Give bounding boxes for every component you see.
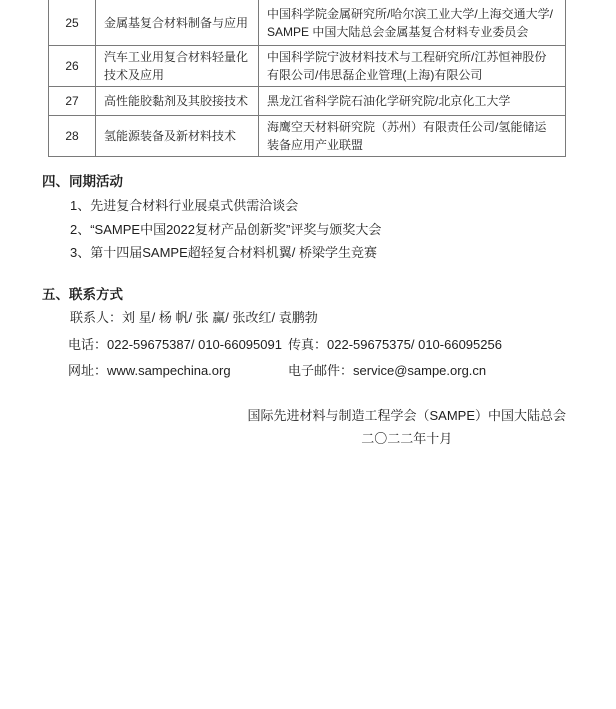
signature-date: 二〇二二年十月 (247, 427, 566, 450)
phone-number: 022-59675387/ 010-66095091 (107, 337, 282, 352)
session-topic: 金属基复合材料制备与应用 (96, 0, 259, 46)
session-number: 25 (49, 0, 96, 46)
fax-entry: 传真：022-59675375/ 010-66095256 (288, 337, 502, 352)
session-topic: 高性能胶黏剂及其胶接技术 (96, 87, 259, 116)
session-topic: 氢能源装备及新材料技术 (96, 116, 259, 157)
document-page: 25 金属基复合材料制备与应用 中国科学院金属研究所/哈尔滨工业大学/上海交通大… (0, 0, 616, 709)
email-label: 电子邮件： (288, 363, 353, 378)
signature-block: 国际先进材料与制造工程学会（SAMPE）中国大陆总会 二〇二二年十月 (247, 404, 566, 450)
web-email-line: 网址：www.sampechina.org电子邮件：service@sampe.… (68, 360, 486, 379)
table-row: 26 汽车工业用复合材料轻量化技术及应用 中国科学院宁波材料技术与工程研究所/江… (49, 46, 566, 87)
fax-number: 022-59675375/ 010-66095256 (327, 337, 502, 352)
email-entry: 电子邮件：service@sampe.org.cn (288, 363, 486, 378)
table-row: 28 氢能源装备及新材料技术 海鹰空天材料研究院（苏州）有限责任公司/氢能储运装… (49, 116, 566, 157)
fax-label: 传真： (288, 337, 327, 352)
website-label: 网址： (68, 363, 107, 378)
website-url: www.sampechina.org (107, 363, 231, 378)
activity-item: 1、先进复合材料行业展桌式供需洽谈会 (70, 195, 298, 214)
session-number: 28 (49, 116, 96, 157)
session-organizers: 黑龙江省科学院石油化学研究院/北京化工大学 (259, 87, 566, 116)
table-row: 27 高性能胶黏剂及其胶接技术 黑龙江省科学院石油化学研究院/北京化工大学 (49, 87, 566, 116)
activity-item: 3、第十四届SAMPE超轻复合材料机翼/ 桥梁学生竞赛 (70, 242, 377, 261)
website-entry: 网址：www.sampechina.org (68, 360, 288, 379)
email-address: service@sampe.org.cn (353, 363, 486, 378)
session-number: 26 (49, 46, 96, 87)
section-heading-contact: 五、联系方式 (42, 283, 123, 303)
session-organizers: 中国科学院金属研究所/哈尔滨工业大学/上海交通大学/SAMPE 中国大陆总会金属… (259, 0, 566, 46)
session-topic: 汽车工业用复合材料轻量化技术及应用 (96, 46, 259, 87)
session-number: 27 (49, 87, 96, 116)
activity-item: 2、“SAMPE中国2022复材产品创新奖”评奖与颁奖大会 (70, 219, 381, 238)
session-organizers: 海鹰空天材料研究院（苏州）有限责任公司/氢能储运装备应用产业联盟 (259, 116, 566, 157)
session-organizers: 中国科学院宁波材料技术与工程研究所/江苏恒神股份有限公司/伟思磊企业管理(上海)… (259, 46, 566, 87)
session-table: 25 金属基复合材料制备与应用 中国科学院金属研究所/哈尔滨工业大学/上海交通大… (48, 0, 566, 157)
phone-fax-line: 电话：022-59675387/ 010-66095091传真：022-5967… (68, 334, 502, 353)
phone-entry: 电话：022-59675387/ 010-66095091 (68, 334, 288, 353)
table-row: 25 金属基复合材料制备与应用 中国科学院金属研究所/哈尔滨工业大学/上海交通大… (49, 0, 566, 46)
signature-organization: 国际先进材料与制造工程学会（SAMPE）中国大陆总会 (247, 404, 566, 427)
phone-label: 电话： (68, 337, 107, 352)
contact-persons: 联系人：刘 星/ 杨 帆/ 张 赢/ 张改红/ 袁鹏勃 (70, 307, 318, 326)
section-heading-activities: 四、同期活动 (42, 170, 123, 190)
